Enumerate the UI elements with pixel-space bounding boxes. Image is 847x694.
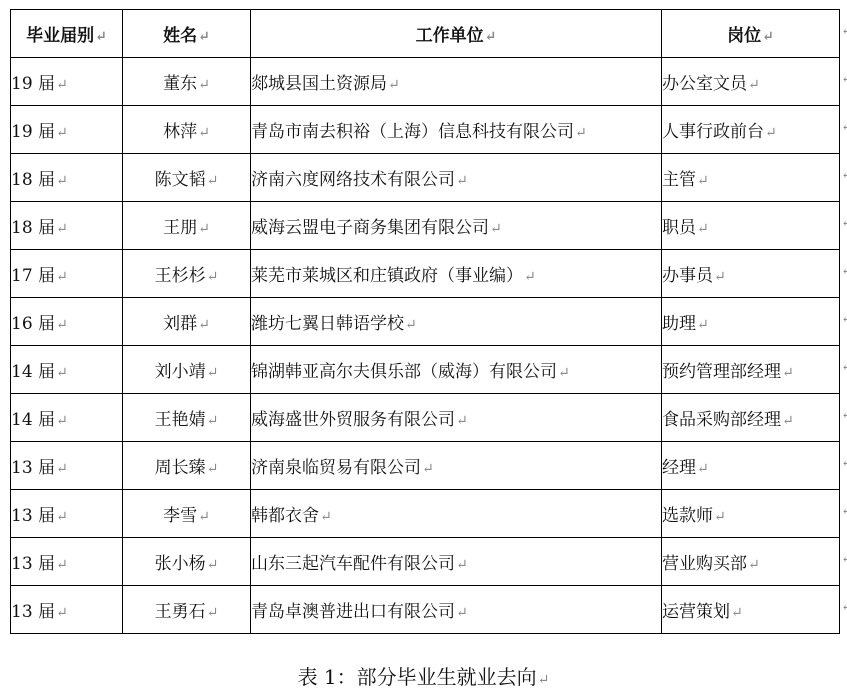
graduation-year-cell: 13 届↵ [11,490,123,538]
paragraph-mark-icon: ↵ [748,557,760,573]
employer-cell: 锦湖韩亚高尔夫俱乐部（威海）有限公司↵ [251,346,662,394]
graduation-year-text: 13 届 [11,602,55,622]
name-cell: 刘小靖↵ [123,346,251,394]
table-row: 14 届↵刘小靖↵锦湖韩亚高尔夫俱乐部（威海）有限公司↵预约管理部经理↵ [11,346,840,394]
name-cell: 董东↵ [123,58,251,106]
paragraph-mark-icon: ↵ [95,29,107,45]
employer-cell: 潍坊七翼日韩语学校↵ [251,298,662,346]
paragraph-mark-icon: ↵ [198,317,210,333]
position-text: 人事行政前台 [662,122,764,142]
employer-text: 威海云盟电子商务集团有限公司 [251,218,489,238]
table-row: 18 届↵陈文韬↵济南六度网络技术有限公司↵主管↵ [11,154,840,202]
paragraph-mark-icon: ↵ [714,509,726,525]
employer-text: 莱芜市莱城区和庄镇政府（事业编） [251,266,523,286]
graduation-year-text: 19 届 [11,122,55,142]
table-row: 19 届↵董东↵郯城县国土资源局↵办公室文员↵ [11,58,840,106]
paragraph-mark-icon: ↵ [56,605,68,621]
graduation-year-cell: 16 届↵ [11,298,123,346]
graduation-year-cell: 19 届↵ [11,106,123,154]
graduation-year-cell: 17 届↵ [11,250,123,298]
table-row: 18 届↵王朋↵威海云盟电子商务集团有限公司↵职员↵ [11,202,840,250]
position-cell: 食品采购部经理↵ [662,394,840,442]
employer-text: 青岛卓澳普进出口有限公司 [251,602,455,622]
employer-text: 潍坊七翼日韩语学校 [251,314,404,334]
employer-cell: 韩都衣舍↵ [251,490,662,538]
paragraph-mark-icon: ↵ [198,509,210,525]
employer-text: 济南六度网络技术有限公司 [251,170,455,190]
table-header-row: 毕业届别↵ 姓名↵ 工作单位↵ 岗位↵ [11,10,840,58]
table-row: 19 届↵林萍↵青岛市南去积裕（上海）信息科技有限公司↵人事行政前台↵ [11,106,840,154]
name-text: 王杉杉 [155,266,206,286]
paragraph-mark-icon: ↵ [714,269,726,285]
position-cell: 主管↵ [662,154,840,202]
name-cell: 周长臻↵ [123,442,251,490]
position-text: 选款师 [662,506,713,526]
paragraph-mark-icon: ↵ [748,77,760,93]
paragraph-mark-icon: ↵ [56,269,68,285]
paragraph-mark-icon: ↵ [422,461,434,477]
position-cell: 运营策划↵ [662,586,840,634]
employer-text: 威海盛世外贸服务有限公司 [251,410,455,430]
name-text: 李雪 [163,506,197,526]
row-end-mark-icon: ↵ [841,503,847,519]
paragraph-mark-icon: ↵ [56,413,68,429]
position-text: 预约管理部经理 [662,362,781,382]
row-end-mark-icon: ↵ [841,119,847,135]
graduation-year-text: 14 届 [11,362,55,382]
paragraph-mark-icon: ↵ [456,413,468,429]
paragraph-mark-icon: ↵ [765,125,777,141]
paragraph-mark-icon: ↵ [207,269,219,285]
position-text: 经理 [662,458,696,478]
graduation-year-cell: 18 届↵ [11,202,123,250]
header-name: 姓名↵ [123,10,251,58]
name-text: 王朋 [163,218,197,238]
graduation-year-cell: 13 届↵ [11,538,123,586]
name-text: 王艳婧 [155,410,206,430]
table-row: 17 届↵王杉杉↵莱芜市莱城区和庄镇政府（事业编）↵办事员↵ [11,250,840,298]
row-end-mark-icon: ↵ [841,311,847,327]
paragraph-mark-icon: ↵ [207,365,219,381]
paragraph-mark-icon: ↵ [731,605,743,621]
graduation-year-cell: 14 届↵ [11,346,123,394]
position-cell: 办公室文员↵ [662,58,840,106]
name-cell: 刘群↵ [123,298,251,346]
table-row: 13 届↵李雪↵韩都衣舍↵选款师↵ [11,490,840,538]
name-cell: 王艳婧↵ [123,394,251,442]
position-text: 主管 [662,170,696,190]
name-cell: 李雪↵ [123,490,251,538]
employer-cell: 济南六度网络技术有限公司↵ [251,154,662,202]
paragraph-mark-icon: ↵ [558,365,570,381]
graduation-year-cell: 13 届↵ [11,586,123,634]
paragraph-mark-icon: ↵ [56,125,68,141]
paragraph-mark-icon: ↵ [388,77,400,93]
graduation-year-cell: 18 届↵ [11,154,123,202]
position-text: 食品采购部经理 [662,410,781,430]
paragraph-mark-icon: ↵ [524,269,536,285]
position-text: 办事员 [662,266,713,286]
name-cell: 林萍↵ [123,106,251,154]
position-cell: 职员↵ [662,202,840,250]
row-end-mark-icon: ↵ [841,455,847,471]
paragraph-mark-icon: ↵ [207,461,219,477]
paragraph-mark-icon: ↵ [207,605,219,621]
row-end-mark-icon: ↵ [841,215,847,231]
graduation-year-cell: 14 届↵ [11,394,123,442]
position-text: 营业购买部 [662,554,747,574]
employer-cell: 郯城县国土资源局↵ [251,58,662,106]
name-text: 刘小靖 [155,362,206,382]
graduation-year-text: 18 届 [11,170,55,190]
paragraph-mark-icon: ↵ [320,509,332,525]
paragraph-mark-icon: ↵ [207,173,219,189]
paragraph-mark-icon: ↵ [56,509,68,525]
row-end-mark-icon: ↵ [841,167,847,183]
paragraph-mark-icon: ↵ [56,77,68,93]
name-text: 王勇石 [155,602,206,622]
employer-cell: 莱芜市莱城区和庄镇政府（事业编）↵ [251,250,662,298]
employment-table: 毕业届别↵ 姓名↵ 工作单位↵ 岗位↵ 19 届↵董东↵郯城县国土资源局↵办公室… [10,9,840,634]
position-text: 职员 [662,218,696,238]
paragraph-mark-icon: ↵ [575,125,587,141]
graduation-year-cell: 19 届↵ [11,58,123,106]
position-text: 运营策划 [662,602,730,622]
name-text: 张小杨 [155,554,206,574]
name-text: 刘群 [163,314,197,334]
graduation-year-text: 17 届 [11,266,55,286]
name-text: 董东 [163,74,197,94]
paragraph-mark-icon: ↵ [456,557,468,573]
paragraph-mark-icon: ↵ [405,317,417,333]
paragraph-mark-icon: ↵ [538,672,550,688]
paragraph-mark-icon: ↵ [485,29,497,45]
position-cell: 经理↵ [662,442,840,490]
paragraph-mark-icon: ↵ [56,557,68,573]
paragraph-mark-icon: ↵ [697,221,709,237]
paragraph-mark-icon: ↵ [207,413,219,429]
position-cell: 助理↵ [662,298,840,346]
paragraph-mark-icon: ↵ [198,77,210,93]
paragraph-mark-icon: ↵ [56,317,68,333]
table-row: 14 届↵王艳婧↵威海盛世外贸服务有限公司↵食品采购部经理↵ [11,394,840,442]
paragraph-mark-icon: ↵ [56,221,68,237]
paragraph-mark-icon: ↵ [207,557,219,573]
graduation-year-cell: 13 届↵ [11,442,123,490]
employer-text: 锦湖韩亚高尔夫俱乐部（威海）有限公司 [251,362,557,382]
paragraph-mark-icon: ↵ [697,173,709,189]
paragraph-mark-icon: ↵ [56,461,68,477]
name-text: 林萍 [163,122,197,142]
employer-cell: 济南泉临贸易有限公司↵ [251,442,662,490]
employer-cell: 山东三起汽车配件有限公司↵ [251,538,662,586]
row-end-mark-icon: ↵ [841,263,847,279]
table-row: 13 届↵王勇石↵青岛卓澳普进出口有限公司↵运营策划↵ [11,586,840,634]
name-text: 陈文韬 [155,170,206,190]
position-text: 助理 [662,314,696,334]
position-cell: 预约管理部经理↵ [662,346,840,394]
name-cell: 王朋↵ [123,202,251,250]
employer-cell: 青岛卓澳普进出口有限公司↵ [251,586,662,634]
graduation-year-text: 16 届 [11,314,55,334]
employer-text: 青岛市南去积裕（上海）信息科技有限公司 [251,122,574,142]
row-end-mark-icon: ↵ [841,407,847,423]
graduation-year-text: 19 届 [11,74,55,94]
paragraph-mark-icon: ↵ [490,221,502,237]
name-text: 周长臻 [155,458,206,478]
paragraph-mark-icon: ↵ [56,365,68,381]
name-cell: 王杉杉↵ [123,250,251,298]
paragraph-mark-icon: ↵ [198,221,210,237]
paragraph-mark-icon: ↵ [697,317,709,333]
employer-cell: 威海盛世外贸服务有限公司↵ [251,394,662,442]
paragraph-mark-icon: ↵ [456,605,468,621]
name-cell: 张小杨↵ [123,538,251,586]
header-employer: 工作单位↵ [251,10,662,58]
paragraph-mark-icon: ↵ [782,413,794,429]
row-end-mark-icon: ↵ [841,71,847,87]
employer-text: 郯城县国土资源局 [251,74,387,94]
employer-text: 山东三起汽车配件有限公司 [251,554,455,574]
graduation-year-text: 13 届 [11,554,55,574]
header-position: 岗位↵ [662,10,840,58]
graduation-year-text: 14 届 [11,410,55,430]
paragraph-mark-icon: ↵ [198,125,210,141]
table-row: 13 届↵周长臻↵济南泉临贸易有限公司↵经理↵ [11,442,840,490]
table-caption: 表 1：部分毕业生就业去向↵ [0,661,847,690]
employer-cell: 青岛市南去积裕（上海）信息科技有限公司↵ [251,106,662,154]
position-cell: 办事员↵ [662,250,840,298]
row-end-mark-icon: ↵ [841,359,847,375]
name-cell: 王勇石↵ [123,586,251,634]
row-end-mark-icon: ↵ [841,599,847,615]
paragraph-mark-icon: ↵ [782,365,794,381]
paragraph-mark-icon: ↵ [697,461,709,477]
graduation-year-text: 18 届 [11,218,55,238]
row-end-mark-icon: ↵ [841,23,847,39]
table-row: 16 届↵刘群↵潍坊七翼日韩语学校↵助理↵ [11,298,840,346]
employer-text: 韩都衣舍 [251,506,319,526]
paragraph-mark-icon: ↵ [198,29,210,45]
position-cell: 营业购买部↵ [662,538,840,586]
row-end-mark-icon: ↵ [841,551,847,567]
paragraph-mark-icon: ↵ [456,173,468,189]
position-cell: 选款师↵ [662,490,840,538]
employer-cell: 威海云盟电子商务集团有限公司↵ [251,202,662,250]
header-graduation-year: 毕业届别↵ [11,10,123,58]
paragraph-mark-icon: ↵ [762,29,774,45]
table-row: 13 届↵张小杨↵山东三起汽车配件有限公司↵营业购买部↵ [11,538,840,586]
paragraph-mark-icon: ↵ [56,173,68,189]
position-text: 办公室文员 [662,74,747,94]
employer-text: 济南泉临贸易有限公司 [251,458,421,478]
graduation-year-text: 13 届 [11,458,55,478]
name-cell: 陈文韬↵ [123,154,251,202]
graduation-year-text: 13 届 [11,506,55,526]
position-cell: 人事行政前台↵ [662,106,840,154]
